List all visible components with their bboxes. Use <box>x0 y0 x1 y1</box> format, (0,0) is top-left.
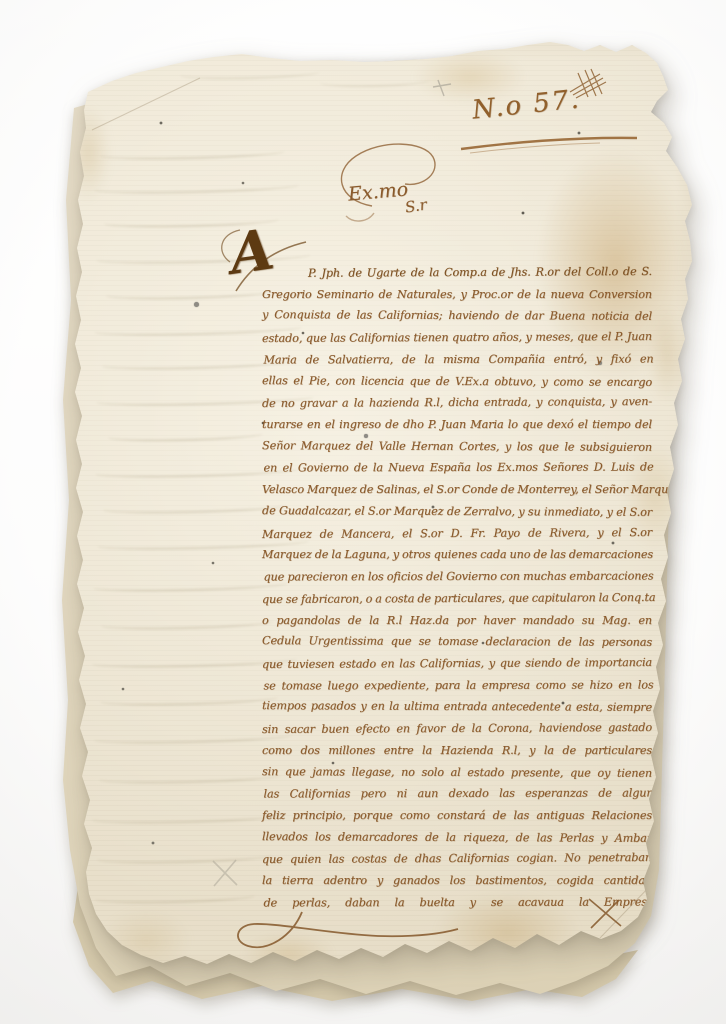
manuscript-line: ellas el Pie, con licencia que de V.Ex.a… <box>262 374 652 397</box>
manuscript-line: Marquez de Mancera, el S.or D. Fr. Payo … <box>262 526 652 550</box>
manuscript-line: en el Govierno de la Nueva España los Ex… <box>263 461 653 484</box>
manuscript-line: estado, que las Californias tienen quatr… <box>262 330 652 354</box>
showthrough-line <box>93 578 288 594</box>
manuscript-line: las Californias pero ni aun dexado las e… <box>263 787 653 810</box>
showthrough-line <box>100 146 285 162</box>
paper-specks <box>0 0 2 2</box>
showthrough-line <box>108 428 263 443</box>
showthrough-line <box>99 770 281 785</box>
manuscript-line: llevados los demarcadores de la riqueza,… <box>262 830 652 853</box>
showthrough-line <box>180 66 320 80</box>
showthrough-line <box>95 890 255 905</box>
manuscript-line: la tierra adentro y ganados los bastimen… <box>262 874 652 896</box>
manuscript-line: de perlas, daban la buelta y se acavaua … <box>263 895 653 918</box>
showthrough-line <box>92 810 282 826</box>
salutation-exmo: Ex.mo <box>347 178 409 205</box>
manuscript-line: y Conquista de las Californias; haviendo… <box>262 309 652 332</box>
showthrough-line <box>96 249 311 265</box>
manuscript-line: de Guadalcazar, el S.or Marquez de Zerra… <box>262 504 652 527</box>
manuscript-sheet-wrap: N.o 57. Ex.mo S.r A P. Jph. de Ugarte de… <box>0 0 726 1024</box>
manuscript-line: Velasco Marquez de Salinas, el S.or Cond… <box>262 483 652 505</box>
manuscript-line: sin sacar buen efecto en favor de la Cor… <box>262 721 652 745</box>
showthrough-line <box>97 850 272 865</box>
manuscript-line: que se fabricaron, o a costa de particul… <box>262 591 652 615</box>
manuscript-line: que quien las costas de dhas Californias… <box>262 851 652 875</box>
manuscript-sheet: N.o 57. Ex.mo S.r A P. Jph. de Ugarte de… <box>0 0 726 1024</box>
manuscript-line: que tuviesen estado en las Californias, … <box>262 656 652 680</box>
manuscript-line: sin que jamas llegase, no solo al estado… <box>262 765 652 788</box>
manuscript-text-block: P. Jph. de Ugarte de la Comp.a de Jhs. R… <box>262 266 652 918</box>
manuscript-line: se tomase luego expediente, para la empr… <box>263 678 653 701</box>
paper-hole <box>194 302 199 307</box>
paper-stain <box>228 926 348 981</box>
salutation-sr: S.r <box>404 195 428 216</box>
showthrough-line <box>101 616 273 631</box>
manuscript-line: o pagandolas de la R.l Haz.da por haver … <box>262 614 652 636</box>
pencil-x-icon <box>213 860 237 886</box>
manuscript-line: de no gravar a la hazienda R.l, dicha en… <box>262 395 652 419</box>
manuscript-line: que parecieron en los oficios del Govier… <box>263 570 653 593</box>
manuscript-line: P. Jph. de Ugarte de la Comp.a de Jhs. R… <box>262 265 652 289</box>
manuscript-line: Señor Marquez del Valle Hernan Cortes, y… <box>262 439 652 462</box>
manuscript-line: Gregorio Seminario de Naturales, y Proc.… <box>262 288 652 310</box>
manuscript-line: turarse en el ingreso de dho P. Juan Mar… <box>262 418 652 440</box>
manuscript-line: Cedula Urgentissima que se tomase declar… <box>262 634 652 657</box>
manuscript-line: como dos millones entre la Hazienda R.l,… <box>262 744 652 766</box>
showthrough-line <box>103 500 286 515</box>
manuscript-line: Marquez de la Laguna, y otros quienes ca… <box>262 548 652 570</box>
manuscript-line: feliz principio, porque como constará de… <box>262 809 652 831</box>
manuscript-line: Maria de Salvatierra, de la misma Compañ… <box>263 352 653 375</box>
paper-stain <box>86 898 206 983</box>
manuscript-line: tiempos pasados y en la ultima entrada a… <box>262 700 652 723</box>
showthrough-line <box>100 692 278 707</box>
photo-background: N.o 57. Ex.mo S.r A P. Jph. de Ugarte de… <box>0 0 726 1024</box>
showthrough-line <box>94 179 299 195</box>
showthrough-line <box>106 286 271 301</box>
